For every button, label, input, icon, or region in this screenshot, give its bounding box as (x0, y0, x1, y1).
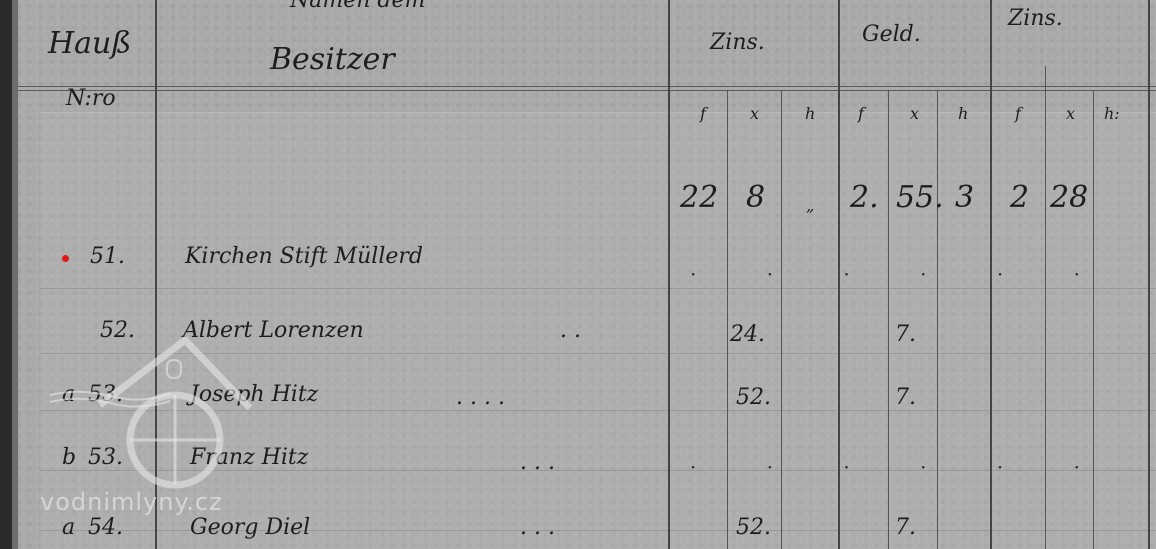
row-owner: Kirchen Stift Müllerd (185, 244, 423, 269)
row-number: 53. (88, 445, 123, 470)
row-value-x2: 7. (895, 385, 916, 410)
row-number: 51. (90, 244, 125, 269)
row-value-x1: 24. (730, 322, 765, 347)
subheader-x-1: x (750, 104, 759, 123)
row-trail: . . (560, 318, 581, 343)
header-nro: N:ro (66, 86, 116, 111)
row-value-x1: 52. (736, 385, 771, 410)
carry-value: 3 (955, 180, 974, 215)
row-owner: Joseph Hitz (190, 382, 318, 407)
ruled-line (40, 410, 1156, 411)
col-line (781, 90, 782, 549)
subheader-h-1: h (805, 104, 815, 123)
col-line (727, 90, 728, 549)
col-line (937, 90, 938, 549)
scanned-page: Hauß N:ro Namen dem Besitzer Zins. Geld.… (0, 0, 1156, 549)
subheader-x-3: x (1066, 104, 1075, 123)
ruled-line (40, 288, 1156, 289)
subheader-f-2: f (858, 104, 864, 123)
carry-value: 2 (1010, 180, 1029, 215)
row-owner: Albert Lorenzen (183, 318, 364, 343)
col-line (1093, 90, 1094, 549)
row-number: 54. (88, 515, 123, 540)
ruled-line (40, 353, 1156, 354)
col-line-number (155, 0, 157, 549)
carry-value: 28 (1050, 180, 1088, 215)
marker-dot (62, 255, 69, 262)
page-binding-edge (0, 0, 12, 549)
header-rule-1 (18, 86, 1156, 87)
header-group-3: Zins. (1008, 6, 1063, 31)
carry-value: 2. (850, 180, 879, 215)
header-rule-2 (18, 90, 1156, 91)
row-trail: . . . . (456, 385, 505, 410)
row-values: · · · · · · (690, 262, 1112, 286)
row-number: 52. (100, 318, 135, 343)
subheader-h-2: h (958, 104, 968, 123)
carry-value: „ (806, 196, 814, 215)
row-trail: . . . (520, 515, 555, 540)
carry-value: 55. (896, 180, 944, 215)
subheader-x-2: x (910, 104, 919, 123)
col-line-owner-end (668, 0, 670, 549)
subheader-f-1: f (700, 104, 706, 123)
header-owner-fragment: Namen dem (290, 0, 425, 13)
row-owner: Franz Hitz (190, 445, 308, 470)
row-prefix: a (62, 382, 75, 407)
row-prefix: a (62, 515, 75, 540)
header-haus: Hauß (48, 26, 131, 61)
page-binding-shadow (12, 0, 18, 549)
row-trail: . . . (520, 450, 555, 475)
watermark-text: vodnimlyny.cz (40, 488, 223, 516)
row-value-x2: 7. (895, 322, 916, 347)
row-prefix: b (62, 445, 76, 470)
carry-value: 22 (680, 180, 718, 215)
row-values: · · · · · · (690, 455, 1112, 479)
col-line-end (1148, 0, 1150, 549)
carry-value: 8 (746, 180, 765, 215)
row-value-x2: 7. (895, 515, 916, 540)
row-owner: Georg Diel (190, 515, 310, 540)
header-group-2: Geld. (862, 22, 921, 47)
row-number: 53. (88, 382, 123, 407)
col-line (888, 90, 889, 549)
subheader-f-3: f (1015, 104, 1021, 123)
subheader-h-3: h: (1104, 104, 1120, 123)
header-owner: Besitzer (270, 42, 395, 77)
header-group-1: Zins. (710, 30, 765, 55)
row-value-x1: 52. (736, 515, 771, 540)
